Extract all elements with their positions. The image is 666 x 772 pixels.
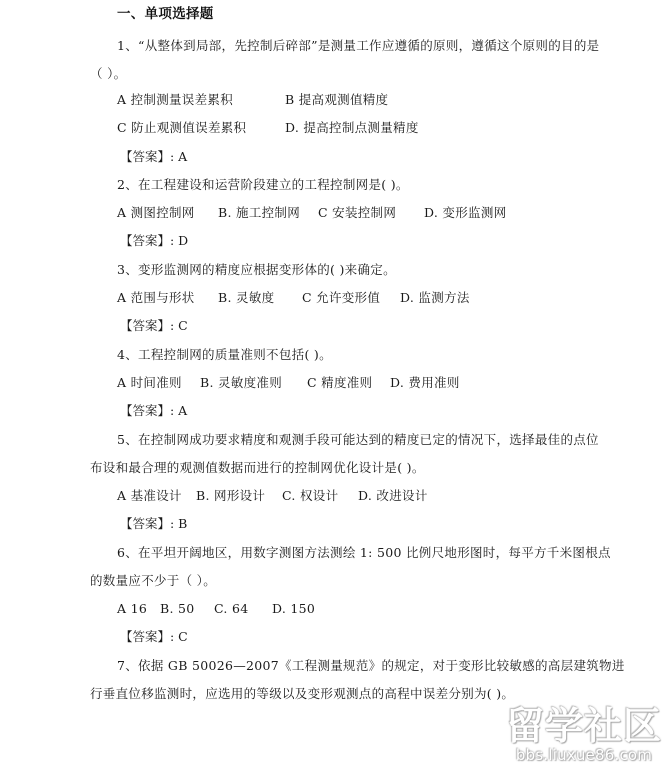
question-2-stem: 2、在工程建设和运营阶段建立的工程控制网是( )。 bbox=[117, 177, 409, 193]
watermark-url: bbs.liuxue86.com bbox=[505, 746, 663, 764]
question-6-stem-line1: 6、在平坦开阔地区，用数字测图方法测绘 1: 500 比例尺地形图时，每平方千米… bbox=[117, 545, 611, 561]
question-2-option-c: C 安装控制网 bbox=[318, 205, 396, 221]
question-6-answer: 【答案】: C bbox=[120, 629, 188, 645]
question-4-option-d: D. 费用准则 bbox=[390, 375, 460, 391]
question-5-option-a: A 基准设计 bbox=[117, 488, 182, 504]
question-3-answer: 【答案】: C bbox=[120, 318, 188, 334]
question-4-option-c: C 精度准则 bbox=[307, 375, 372, 391]
question-3-option-d: D. 监测方法 bbox=[400, 290, 470, 306]
question-7-stem-line1: 7、依据 GB 50026—2007《工程测量规范》的规定，对于变形比较敏感的高… bbox=[117, 658, 625, 674]
site-watermark: 留学社区 bbs.liuxue86.com bbox=[505, 706, 663, 770]
question-2-option-a: A 测图控制网 bbox=[117, 205, 195, 221]
document-page: 一、单项选择题 1、“从整体到局部，先控制后碎部”是测量工作应遵循的原则，遵循这… bbox=[0, 0, 666, 772]
section-title: 一、单项选择题 bbox=[117, 6, 214, 22]
question-5-answer: 【答案】: B bbox=[120, 516, 187, 532]
question-2-option-d: D. 变形监测网 bbox=[424, 205, 506, 221]
question-1-option-d: D. 提高控制点测量精度 bbox=[285, 120, 419, 136]
question-1-option-c: C 防止观测值误差累积 bbox=[117, 120, 246, 136]
question-1-option-a: A 控制测量误差累积 bbox=[117, 92, 233, 108]
question-2-option-b: B. 施工控制网 bbox=[218, 205, 300, 221]
question-6-option-d: D. 150 bbox=[272, 601, 315, 617]
question-6-option-a: A 16 bbox=[117, 601, 147, 617]
question-1-stem-line2: （ ）。 bbox=[90, 66, 126, 82]
question-3-option-b: B. 灵敏度 bbox=[218, 290, 274, 306]
question-2-answer: 【答案】: D bbox=[120, 233, 188, 249]
question-5-stem-line2: 布设和最合理的观测值数据而进行的控制网优化设计是( )。 bbox=[90, 460, 425, 476]
question-4-option-a: A 时间准则 bbox=[117, 375, 182, 391]
question-1-answer: 【答案】: A bbox=[120, 149, 187, 165]
question-4-stem: 4、工程控制网的质量准则不包括( )。 bbox=[117, 347, 332, 363]
question-3-option-c: C 允许变形值 bbox=[302, 290, 380, 306]
question-6-stem-line2: 的数量应不少于（ ）。 bbox=[90, 573, 216, 589]
question-5-stem-line1: 5、在控制网成功要求精度和观测手段可能达到的精度已定的情况下，选择最佳的点位 bbox=[117, 432, 599, 448]
question-7-stem-line2: 行垂直位移监测时，应选用的等级以及变形观测点的高程中误差分别为( )。 bbox=[90, 686, 514, 702]
question-5-option-b: B. 网形设计 bbox=[196, 488, 265, 504]
watermark-title: 留学社区 bbox=[505, 706, 663, 746]
question-5-option-d: D. 改进设计 bbox=[358, 488, 428, 504]
question-1-option-b: B 提高观测值精度 bbox=[285, 92, 388, 108]
question-3-option-a: A 范围与形状 bbox=[117, 290, 195, 306]
question-1-stem-line1: 1、“从整体到局部，先控制后碎部”是测量工作应遵循的原则，遵循这个原则的目的是 bbox=[117, 38, 599, 54]
question-5-option-c: C. 权设计 bbox=[282, 488, 338, 504]
question-6-option-b: B. 50 bbox=[160, 601, 195, 617]
question-4-option-b: B. 灵敏度准则 bbox=[200, 375, 282, 391]
question-6-option-c: C. 64 bbox=[214, 601, 248, 617]
question-3-stem: 3、变形监测网的精度应根据变形体的( )来确定。 bbox=[117, 262, 396, 278]
question-4-answer: 【答案】: A bbox=[120, 403, 187, 419]
